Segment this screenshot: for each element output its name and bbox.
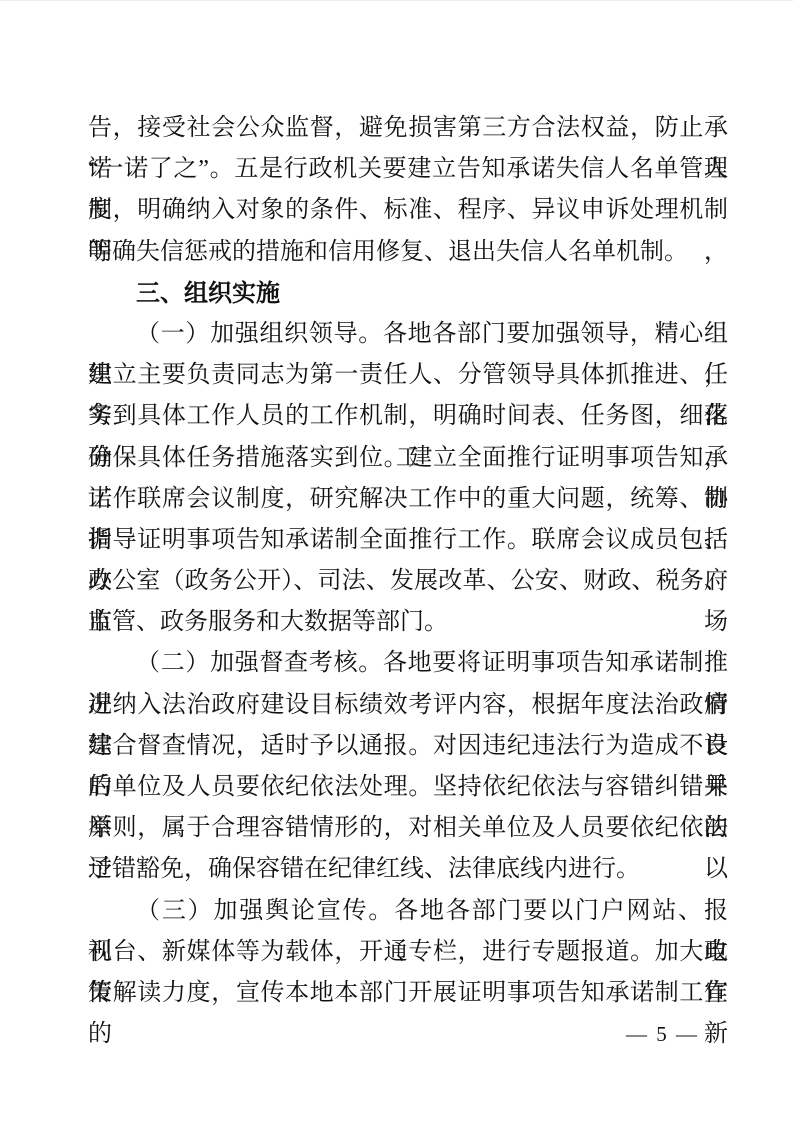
text-line: 明确失信惩戒的措施和信用修复、退出失信人名单机制。 [88, 232, 728, 273]
text-line: （二）加强督查考核。各地要将证明事项告知承诺制推进情 [88, 643, 728, 684]
text-line: 指导证明事项告知承诺制全面推行工作。联席会议成员包括政府 [88, 520, 728, 561]
document-body: 告，接受社会公众监督，避免损害第三方合法权益，防止承诺人 “一诺了之”。五是行政… [88, 108, 728, 1014]
text-line: （三）加强舆论宣传。各地各部门要以门户网站、报刊、电 [88, 891, 728, 932]
text-line: （一）加强组织领导。各地各部门要加强领导，精心组织， [88, 314, 728, 355]
text-line: 建立主要负责同志为第一责任人、分管领导具体抓推进、任务落 [88, 355, 728, 396]
text-line: 告，接受社会公众监督，避免损害第三方合法权益，防止承诺人 [88, 108, 728, 149]
text-line: 实到具体工作人员的工作机制，明确时间表、任务图，细化分工， [88, 396, 728, 437]
text-line: 工作联席会议制度，研究解决工作中的重大问题，统筹、协调、 [88, 479, 728, 520]
text-line: 综合督查情况，适时予以通报。对因违纪违法行为造成不良后果 [88, 726, 728, 767]
text-line: 传解读力度，宣传本地本部门开展证明事项告知承诺制工作的新 [88, 973, 728, 1014]
text-line: 视台、新媒体等为载体，开通专栏，进行专题报道。加大政策宣 [88, 932, 728, 973]
text-line: 确保具体任务措施落实到位。建立全面推行证明事项告知承诺制 [88, 438, 728, 479]
text-line: 原则，属于合理容错情形的，对相关单位及人员要依纪依法予以 [88, 808, 728, 849]
text-line: 度，明确纳入对象的条件、标准、程序、异议申诉处理机制等， [88, 190, 728, 231]
paragraph-2: （二）加强督查考核。各地要将证明事项告知承诺制推进情 况纳入法治政府建设目标绩效… [88, 643, 728, 890]
text-line: 办公室（政务公开）、司法、发展改革、公安、财政、税务、市场 [88, 561, 728, 602]
document-page: 告，接受社会公众监督，避免损害第三方合法权益，防止承诺人 “一诺了之”。五是行政… [0, 0, 793, 1123]
paragraph-continuation: 告，接受社会公众监督，避免损害第三方合法权益，防止承诺人 “一诺了之”。五是行政… [88, 108, 728, 273]
text-line: 过错豁免，确保容错在纪律红线、法律底线内进行。 [88, 849, 728, 890]
paragraph-3: （三）加强舆论宣传。各地各部门要以门户网站、报刊、电 视台、新媒体等为载体，开通… [88, 891, 728, 1015]
page-number: — 5 — [626, 1020, 699, 1048]
paragraph-1: （一）加强组织领导。各地各部门要加强领导，精心组织， 建立主要负责同志为第一责任… [88, 314, 728, 644]
text-line: 况纳入法治政府建设目标绩效考评内容，根据年度法治政府建设 [88, 685, 728, 726]
text-line: 的单位及人员要依纪依法处理。坚持依纪依法与容错纠错并举的 [88, 767, 728, 808]
text-line: “一诺了之”。五是行政机关要建立告知承诺失信人名单管理制 [88, 149, 728, 190]
section-heading: 三、组织实施 [88, 273, 728, 314]
